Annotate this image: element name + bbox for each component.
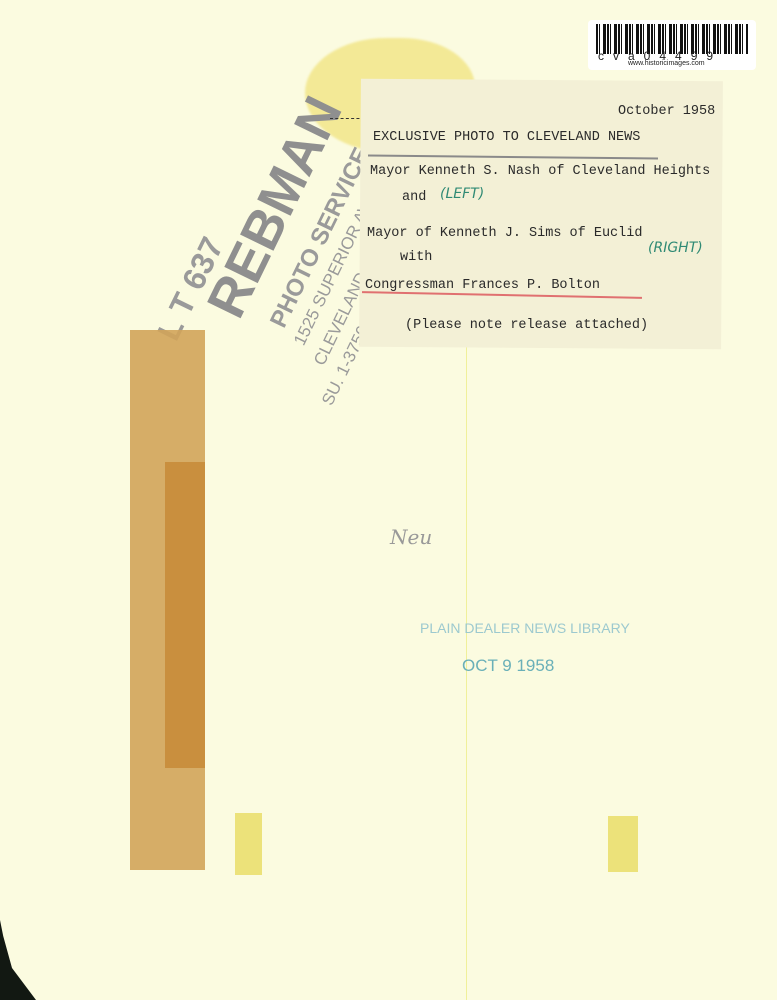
caption-line5: Congressman Frances P. Bolton — [365, 278, 600, 293]
caption-line3: Mayor of Kenneth J. Sims of Euclid — [367, 226, 642, 241]
caption-date: October 1958 — [618, 104, 715, 119]
caption-slip — [359, 79, 723, 350]
signature: Neu — [390, 525, 432, 549]
tape-fragment-right — [608, 816, 638, 872]
caption-line6: (Please note release attached) — [405, 318, 648, 333]
library-stamp-date: OCT 9 1958 — [462, 656, 554, 676]
handwritten-right: (RIGHT) — [648, 240, 703, 256]
barcode-label: cva04499 www.historicimages.com — [588, 20, 756, 70]
handwritten-left: (LEFT) — [440, 186, 484, 202]
caption-line4: with — [400, 250, 432, 265]
library-stamp-name: PLAIN DEALER NEWS LIBRARY — [420, 620, 630, 636]
tape-fragment-left — [235, 813, 262, 875]
caption-line2: and — [402, 190, 426, 205]
barcode-site: www.historicimages.com — [628, 60, 705, 67]
caption-line1: Mayor Kenneth S. Nash of Cleveland Heigh… — [370, 164, 710, 179]
tape-strip-inner — [165, 462, 205, 768]
caption-headline: EXCLUSIVE PHOTO TO CLEVELAND NEWS — [373, 130, 640, 145]
